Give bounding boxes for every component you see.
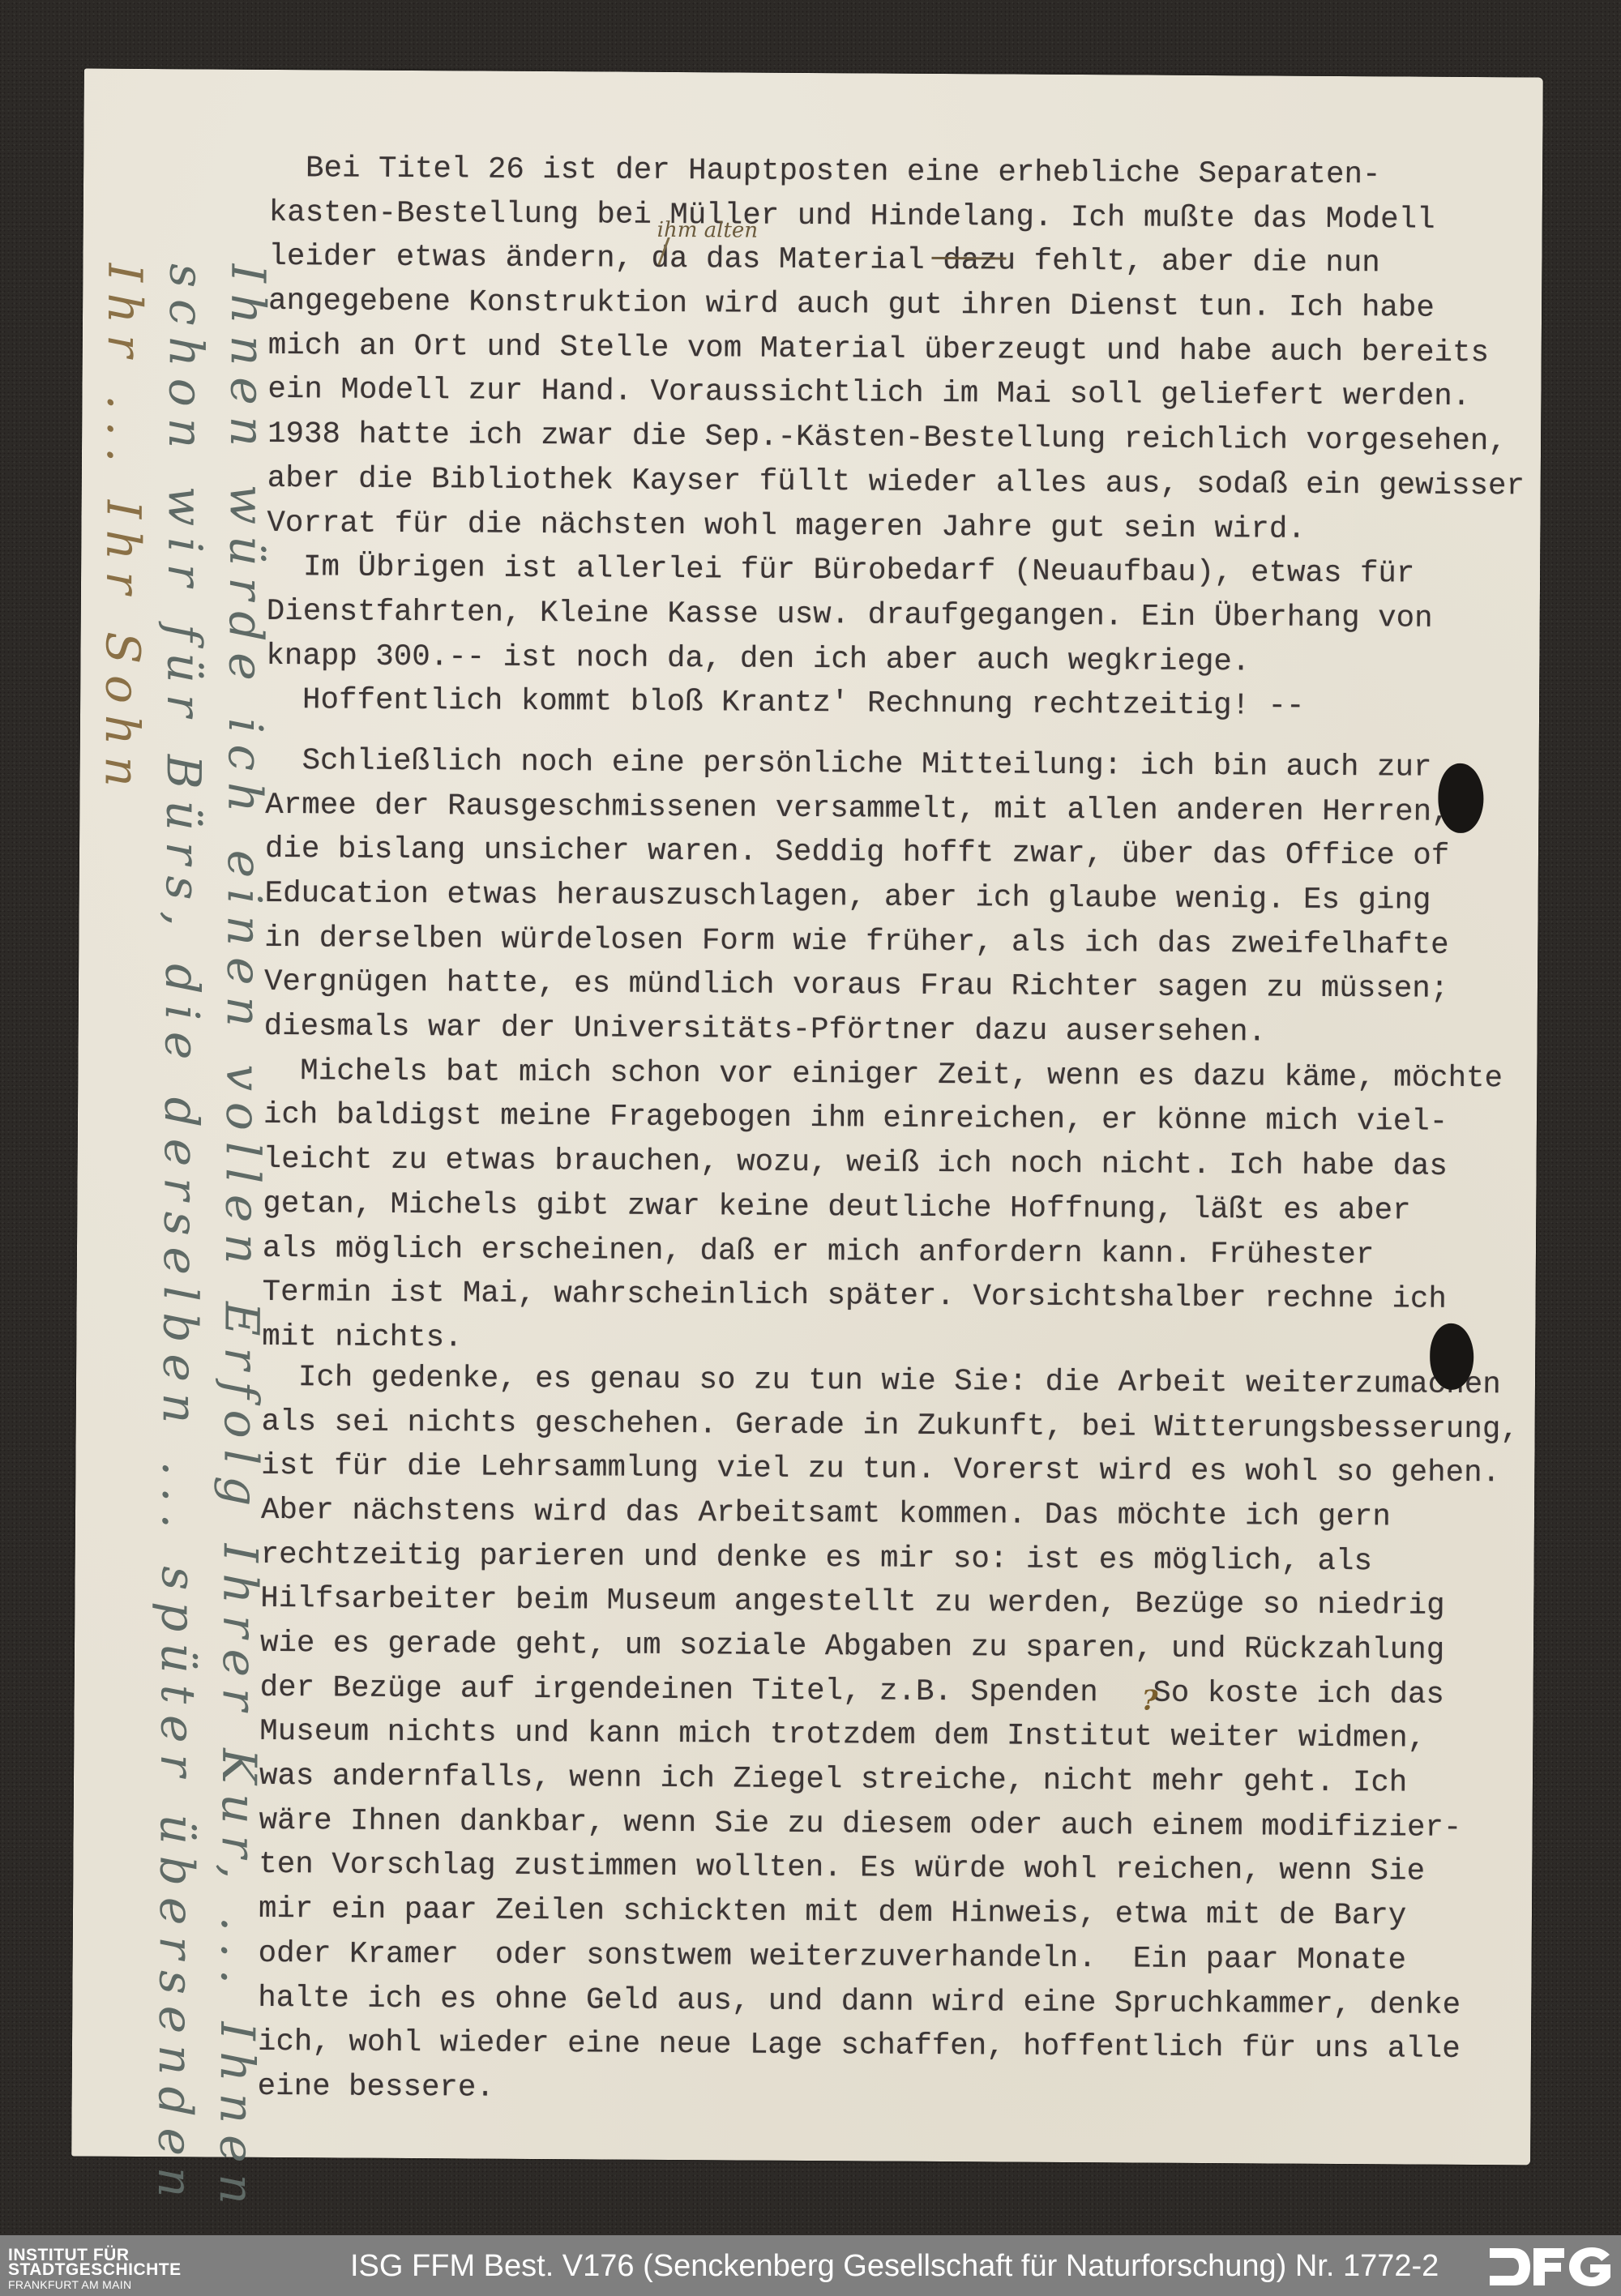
strikethrough-mark (931, 257, 1006, 260)
text-line: mir ein paar Zeilen schickten mit dem Hi… (259, 1888, 1523, 1939)
handwritten-question-mark: ? (1141, 1685, 1157, 1717)
text-line: diesmals war der Universitäts-Pförtner d… (263, 1005, 1528, 1057)
text-line: Armee der Rausgeschmissenen versammelt, … (265, 784, 1529, 836)
text-line: der Bezüge auf irgendeinen Titel, z.B. S… (260, 1666, 1525, 1718)
text-line: wie es gerade geht, um soziale Abgaben z… (260, 1622, 1525, 1674)
text-line: wäre Ihnen dankbar, wenn Sie zu diesem o… (259, 1799, 1524, 1851)
text-line: kasten-Bestellung bei Müller und Hindela… (269, 191, 1533, 243)
punch-hole (1438, 763, 1484, 833)
text-line: eine bessere. (258, 2065, 1522, 2117)
institution-name-line2: STADTGESCHICHTE (8, 2263, 182, 2277)
margin-note-line: Ihnen würde ich einen vollen Erfolg Ihre… (207, 264, 280, 1966)
letter-page: Bei Titel 26 ist der Hauptposten eine er… (71, 69, 1543, 2166)
paragraph-4: Schließlich noch eine persönliche Mittei… (263, 739, 1529, 1057)
text-line: leicht zu etwas brauchen, wozu, weiß ich… (263, 1138, 1527, 1190)
text-line: Hilfsarbeiter beim Museum angestellt zu … (260, 1577, 1525, 1629)
text-line: Ich gedenke, es genau so zu tun wie Sie:… (262, 1356, 1526, 1408)
margin-note-line: schon wir für Bürs, die derselben ... sp… (146, 263, 218, 1965)
text-line: Bei Titel 26 ist der Hauptposten eine er… (269, 147, 1533, 199)
dfg-logo-icon (1490, 2247, 1611, 2287)
text-line: Museum nichts und kann mich trotzdem dem… (259, 1710, 1524, 1762)
text-line: 1938 hatte ich zwar die Sep.-Kästen-Best… (267, 413, 1532, 464)
text-line: mich an Ort und Stelle vom Material über… (268, 324, 1533, 376)
paragraph-6: Ich gedenke, es genau so zu tun wie Sie:… (258, 1356, 1527, 2117)
text-line: Vorrat für die nächsten wohl mageren Jah… (267, 501, 1531, 553)
institution-logo: INSTITUT FÜR STADTGESCHICHTE FRANKFURT A… (8, 2248, 182, 2292)
text-line: was andernfalls, wenn ich Ziegel streich… (259, 1755, 1524, 1806)
text-line: die bislang unsicher waren. Seddig hofft… (265, 827, 1529, 879)
text-line: ten Vorschlag zustimmen wollten. Es würd… (259, 1843, 1523, 1895)
text-line: Schließlich noch eine persönliche Mittei… (266, 739, 1530, 791)
text-line: knapp 300.-- ist noch da, den ich aber a… (266, 634, 1530, 686)
text-line: Dienstfahrten, Kleine Kasse usw. draufge… (267, 590, 1531, 642)
text-line: Michels bat mich schon vor einiger Zeit,… (263, 1050, 1528, 1101)
text-line-with-correction: leider etwas ändern, da das Material daz… (268, 235, 1533, 287)
text-line: getan, Michels gibt zwar keine deutliche… (263, 1182, 1527, 1234)
text-line: Vergnügen hatte, es mündlich voraus Frau… (264, 960, 1529, 1012)
text-line: als sei nichts geschehen. Gerade in Zuku… (262, 1400, 1526, 1452)
archive-reference: ISG FFM Best. V176 (Senckenberg Gesellsc… (350, 2243, 1439, 2289)
text-line: als möglich erscheinen, daß er mich anfo… (263, 1226, 1527, 1278)
text-line: ist für die Lehrsammlung viel zu tun. Vo… (261, 1444, 1525, 1496)
text-line: oder Kramer oder sonstwem weiterzuverhan… (259, 1932, 1523, 1984)
text-line: ein Modell zur Hand. Voraussichtlich im … (267, 368, 1532, 420)
paragraph-3: Hoffentlich kommt bloß Krantz' Rechnung … (266, 678, 1530, 730)
text-line: halte ich es ohne Geld aus, und dann wir… (258, 1976, 1522, 2028)
paragraph-2: Im Übrigen ist allerlei für Bürobedarf (… (266, 545, 1531, 686)
archive-footer-bar: INSTITUT FÜR STADTGESCHICHTE FRANKFURT A… (0, 2235, 1621, 2296)
text-line: Education etwas herauszuschlagen, aber i… (264, 872, 1529, 924)
typed-letter-body: Bei Titel 26 ist der Hauptposten eine er… (258, 147, 1534, 2117)
institution-city: FRANKFURT AM MAIN (8, 2277, 182, 2292)
text-line: Termin ist Mai, wahrscheinlich später. V… (262, 1271, 1526, 1323)
margin-note-signature: Ihr ... Ihr Sohn (84, 263, 156, 1965)
handwritten-margin-note: Ihnen würde ich einen vollen Erfolg Ihre… (0, 263, 279, 1966)
text-line: rechtzeitig parieren und denke es mir so… (261, 1533, 1525, 1585)
paragraph-5: Michels bat mich schon vor einiger Zeit,… (262, 1050, 1528, 1364)
text-line: angegebene Konstruktion wird auch gut ih… (268, 280, 1533, 331)
text-line: ich baldigst meine Fragebogen ihm einrei… (263, 1093, 1528, 1145)
text-line: Hoffentlich kommt bloß Krantz' Rechnung … (266, 678, 1530, 730)
text-line: ich, wohl wieder eine neue Lage schaffen… (258, 2020, 1522, 2072)
paragraph-1: Bei Titel 26 ist der Hauptposten eine er… (267, 147, 1533, 554)
text-line: Aber nächstens wird das Arbeitsamt komme… (261, 1489, 1525, 1541)
text-line: in derselben würdelosen Form wie früher,… (264, 917, 1529, 968)
text-line: Im Übrigen ist allerlei für Bürobedarf (… (267, 545, 1531, 597)
text-line: aber die Bibliothek Kayser füllt wieder … (267, 457, 1532, 509)
punch-hole (1430, 1323, 1474, 1390)
